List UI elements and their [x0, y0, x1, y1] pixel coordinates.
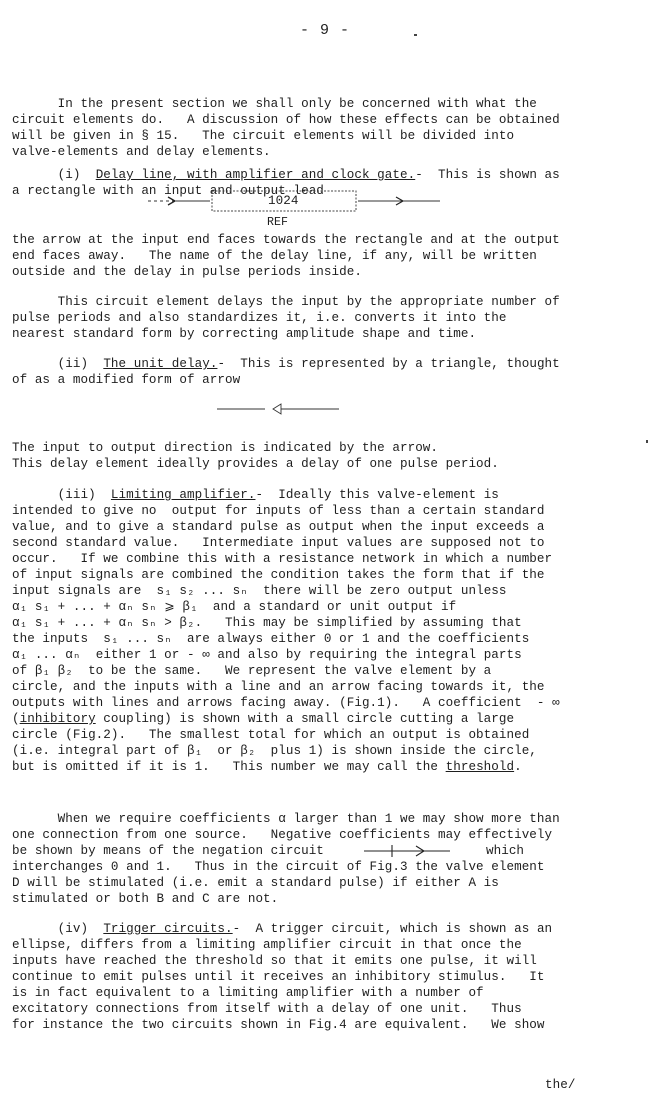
- section-iii-line: circle, and the inputs with a line and a…: [12, 679, 545, 695]
- section-iii-line: but is omitted if it is 1. This number w…: [12, 759, 522, 775]
- section-iii-line: outputs with lines and arrows facing awa…: [12, 695, 560, 711]
- triangle-icon: [273, 404, 281, 414]
- section-ii-heading-suffix: - This is represented by a triangle, tho…: [217, 357, 559, 371]
- section-ii-heading-line: (ii) The unit delay.- This is represente…: [12, 356, 560, 372]
- section-i-heading-suffix: - This is shown as: [415, 168, 560, 182]
- section-iii-line: α₁ s₁ + ... + αₙ sₙ > β₂. This may be si…: [12, 615, 522, 631]
- underlined-term: threshold: [446, 760, 514, 774]
- catchword: the/: [545, 1077, 575, 1093]
- section-iv-heading: Trigger circuits.: [103, 922, 232, 936]
- page-number: - 9 -: [0, 22, 650, 39]
- section-iii-line: of β₁ β₂ to be the same. We represent th…: [12, 663, 491, 679]
- delay-line-delay-label: 1024: [268, 193, 298, 209]
- section-i-after-1: the arrow at the input end faces towards…: [12, 232, 560, 248]
- delay-line-name-label: REF: [267, 215, 288, 231]
- negation-line-4: interchanges 0 and 1. Thus in the circui…: [12, 859, 545, 875]
- section-iii-line: second standard value. Intermediate inpu…: [12, 535, 545, 551]
- negation-line-3: be shown by means of the negation circui…: [12, 843, 324, 859]
- section-i-heading: Delay line, with amplifier and clock gat…: [96, 168, 416, 182]
- section-iv-heading-line: (iv) Trigger circuits.- A trigger circui…: [12, 921, 552, 937]
- section-iii-line: α₁ ... αₙ either 1 or - ∞ and also by re…: [12, 647, 522, 663]
- unit-delay-diagram: [215, 401, 345, 417]
- section-iv-number: (iv): [58, 922, 88, 936]
- section-iii-heading-suffix: - Ideally this valve-element is: [255, 488, 498, 502]
- section-i-after-3: outside and the delay in pulse periods i…: [12, 264, 362, 280]
- section-iv-line-5: excitatory connections from itself with …: [12, 1001, 522, 1017]
- negation-line-2: one connection from one source. Negative…: [12, 827, 552, 843]
- section-iii-line: (i.e. integral part of β₁ or β₂ plus 1) …: [12, 743, 537, 759]
- section-iii-line: circle (Fig.2). The smallest total for w…: [12, 727, 529, 743]
- section-iv-line-1: ellipse, differs from a limiting amplifi…: [12, 937, 522, 953]
- section-ii-heading: The unit delay.: [103, 357, 217, 371]
- section-iv-heading-suffix: - A trigger circuit, which is shown as a…: [233, 922, 553, 936]
- section-iv-line-2: inputs have reached the threshold so tha…: [12, 953, 537, 969]
- section-i-number: (i): [58, 168, 81, 182]
- section-iii-line: input signals are s₁ s₂ ... sₙ there wil…: [12, 583, 507, 599]
- underlined-term: inhibitory: [20, 712, 96, 726]
- section-ii-after-2: This delay element ideally provides a de…: [12, 456, 499, 472]
- intro-line-2: circuit elements do. A discussion of how…: [12, 112, 560, 128]
- scan-speck: [414, 34, 417, 36]
- section-iii-number: (iii): [58, 488, 96, 502]
- section-iii-heading-line: (iii) Limiting amplifier.- Ideally this …: [12, 487, 499, 503]
- section-iii-line: α₁ s₁ + ... + αₙ sₙ ⩾ β₁ and a standard …: [12, 599, 456, 615]
- section-i-heading-line: (i) Delay line, with amplifier and clock…: [12, 167, 560, 183]
- negation-line-3-which: which: [486, 843, 524, 859]
- section-iv-line-3: continue to emit pulses until it receive…: [12, 969, 545, 985]
- section-iii-line: occur. If we combine this with a resista…: [12, 551, 552, 567]
- scan-speck: [646, 440, 648, 443]
- input-arrow-icon: [168, 197, 175, 205]
- section-iv-line-6: for instance the two circuits shown in F…: [12, 1017, 545, 1033]
- section-iii-line: (inhibitory coupling) is shown with a sm…: [12, 711, 514, 727]
- section-iii-line: of input signals are combined the condit…: [12, 567, 545, 583]
- section-i-after-2: end faces away. The name of the delay li…: [12, 248, 537, 264]
- intro-line-1: In the present section we shall only be …: [12, 96, 537, 112]
- section-ii-line-2: of as a modified form of arrow: [12, 372, 240, 388]
- section-ii-number: (ii): [58, 357, 88, 371]
- intro-line-4: valve-elements and delay elements.: [12, 144, 271, 160]
- section-iii-line: the inputs s₁ ... sₙ are always either 0…: [12, 631, 529, 647]
- negation-line-6: stimulated or both B and C are not.: [12, 891, 278, 907]
- section-iii-heading: Limiting amplifier.: [111, 488, 256, 502]
- negation-circuit-diagram: [362, 844, 454, 858]
- section-i-para2-3: nearest standard form by correcting ampl…: [12, 326, 476, 342]
- section-iii-line: value, and to give a standard pulse as o…: [12, 519, 545, 535]
- section-iv-line-4: is in fact equivalent to a limiting ampl…: [12, 985, 484, 1001]
- section-i-para2-2: pulse periods and also standardizes it, …: [12, 310, 507, 326]
- negation-line-3-text: be shown by means of the negation circui…: [12, 844, 324, 858]
- section-iii-line: intended to give no output for inputs of…: [12, 503, 545, 519]
- negation-line-5: D will be stimulated (i.e. emit a standa…: [12, 875, 499, 891]
- section-i-para2-1: This circuit element delays the input by…: [12, 294, 560, 310]
- negation-line-1: When we require coefficients α larger th…: [12, 811, 560, 827]
- section-ii-after-1: The input to output direction is indicat…: [12, 440, 438, 456]
- intro-line-3: will be given in § 15. The circuit eleme…: [12, 128, 514, 144]
